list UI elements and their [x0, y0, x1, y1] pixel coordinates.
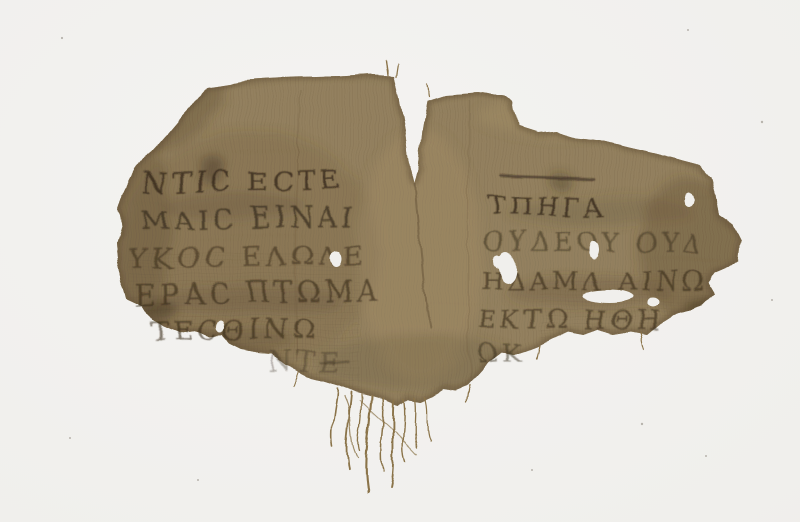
fiber-strand: [415, 396, 418, 448]
blotch: [477, 98, 647, 138]
papyrus-text-line: ΝΤΙϹ ΕϹΤΕ: [143, 163, 345, 200]
photo-scene: ΝΤΙϹ ΕϹΤΕ ΜΑΙϹ ΕΙΝΑΙ ΥΚΟϹ ΕΛΩΛΕ ΕΡΑϹ ΠΤΩ…: [0, 0, 800, 522]
papyrus-text-line: ΤΠΗΓΑ: [488, 191, 608, 223]
speck: [705, 455, 707, 457]
fiber-strand: [381, 398, 383, 470]
papyrus-text-line: ΜΑΙϹ ΕΙΝΑΙ: [139, 199, 357, 238]
left-column: ΝΤΙϹ ΕϹΤΕ ΜΑΙϹ ΕΙΝΑΙ ΥΚΟϹ ΕΛΩΛΕ ΕΡΑϹ ΠΤΩ…: [129, 163, 382, 378]
speck: [771, 299, 773, 301]
papyrus-text-line: ΕΡΑϹ ΠΤΩΜΑ: [135, 273, 381, 312]
fiber-strand: [404, 398, 406, 462]
fiber-strand: [332, 388, 338, 448]
fiber-strand: [386, 60, 388, 75]
hole: [498, 251, 516, 283]
speck: [641, 423, 643, 425]
blotch: [549, 173, 571, 191]
fiber-strand: [428, 82, 430, 95]
speck: [197, 479, 199, 481]
speck: [61, 37, 63, 39]
hole: [646, 298, 658, 308]
fiber-strand: [359, 394, 362, 452]
speck: [687, 29, 689, 31]
fiber-strand: [425, 395, 430, 442]
hole: [493, 255, 503, 267]
fiber-strand: [467, 385, 470, 401]
speck: [761, 121, 763, 123]
hole: [217, 321, 225, 333]
hole: [588, 243, 598, 259]
papyrus-text-line: ΤΕϹΘΙΝΩ: [150, 313, 321, 349]
hole: [583, 290, 633, 304]
speck: [531, 469, 533, 471]
fiber-strand: [396, 63, 398, 76]
papyrus-text-line: ΩΚ: [478, 339, 527, 369]
papyrus-photo: ΝΤΙϹ ΕϹΤΕ ΜΑΙϹ ΕΙΝΑΙ ΥΚΟϹ ΕΛΩΛΕ ΕΡΑϹ ΠΤΩ…: [0, 0, 800, 522]
papyrus-fragment: ΝΤΙϹ ΕϹΤΕ ΜΑΙϹ ΕΙΝΑΙ ΥΚΟϹ ΕΛΩΛΕ ΕΡΑϹ ΠΤΩ…: [100, 60, 760, 492]
hole: [330, 249, 342, 267]
fiber-strand: [390, 400, 394, 488]
fiber-strand: [537, 345, 540, 359]
hole: [684, 193, 694, 207]
speck: [69, 437, 71, 439]
papyrus-text-line: ΕΚΤΩ ΗΘΗ: [478, 304, 663, 337]
